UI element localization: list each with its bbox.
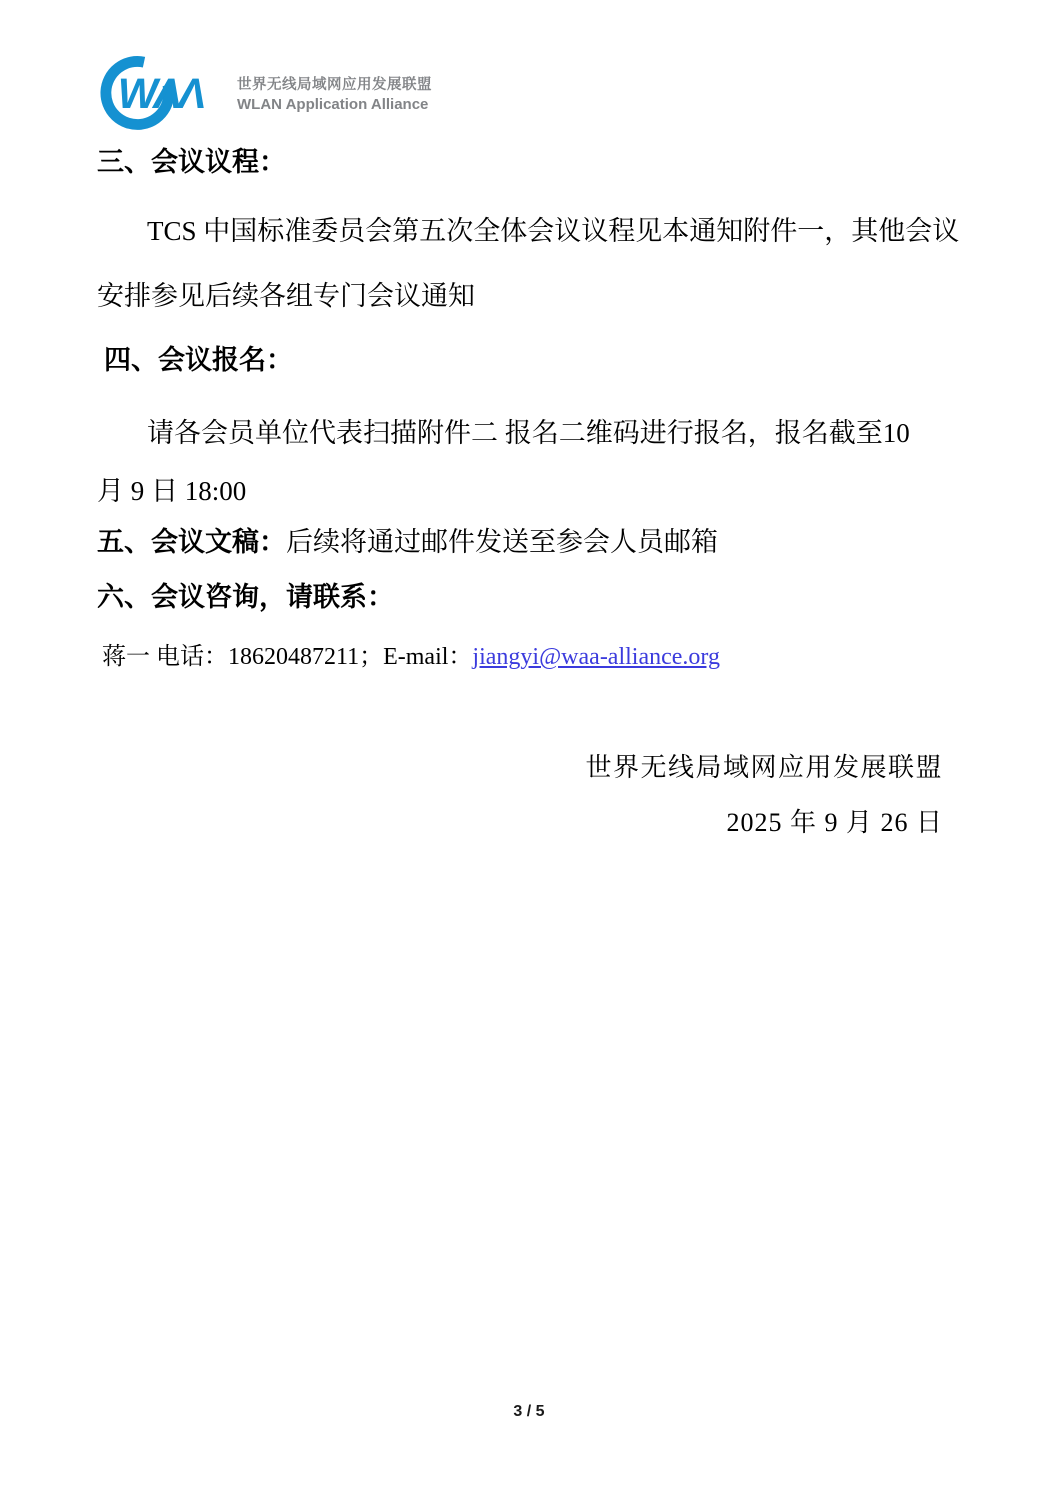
logo-mark-letters: WΛΛ (118, 70, 204, 117)
registration-line-2: 月 9 日 18:00 (97, 476, 961, 506)
signature-date: 2025 年 9 月 26 日 (97, 805, 943, 841)
documents-heading-label: 五、会议文稿： (97, 527, 286, 557)
contact-line: 蒋一 电话：18620487211；E-mail：jiangyi@waa-all… (102, 642, 961, 672)
page-number: 3 / 5 (0, 1403, 1058, 1421)
signature-block: 世界无线局域网应用发展联盟 2025 年 9 月 26 日 (97, 750, 961, 841)
contact-email-link[interactable]: jiangyi@waa-alliance.org (472, 644, 720, 670)
agenda-line-1: TCS 中国标准委员会第五次全体会议议程见本通知附件一，其他会议 (97, 216, 961, 246)
brand-name-cn: 世界无线局域网应用发展联盟 (237, 76, 432, 95)
section-heading-inquiry: 六、会议咨询，请联系： (97, 578, 961, 616)
brand-name-en: WLAN Application Alliance (237, 95, 432, 114)
section-heading-agenda: 三、会议议程： (97, 143, 961, 181)
brand-header: WΛΛ 世界无线局域网应用发展联盟 WLAN Application Allia… (99, 50, 432, 136)
documents-inline-text: 后续将通过邮件发送至参会人员邮箱 (286, 527, 718, 557)
waa-logo-icon: WΛΛ (99, 50, 227, 136)
signature-organization: 世界无线局域网应用发展联盟 (97, 750, 943, 786)
section-heading-registration: 四、会议报名： (104, 341, 961, 379)
brand-text: 世界无线局域网应用发展联盟 WLAN Application Alliance (237, 76, 432, 114)
document-content: 三、会议议程： TCS 中国标准委员会第五次全体会议议程见本通知附件一，其他会议… (97, 137, 961, 841)
document-page: WΛΛ 世界无线局域网应用发展联盟 WLAN Application Allia… (0, 0, 1058, 1496)
contact-info-text: 蒋一 电话：18620487211；E-mail： (102, 644, 472, 670)
registration-line-1: 请各会员单位代表扫描附件二 报名二维码进行报名，报名截至10 (97, 418, 961, 448)
section-heading-documents: 五、会议文稿：后续将通过邮件发送至参会人员邮箱 (97, 523, 961, 561)
agenda-line-2: 安排参见后续各组专门会议通知 (97, 281, 961, 311)
